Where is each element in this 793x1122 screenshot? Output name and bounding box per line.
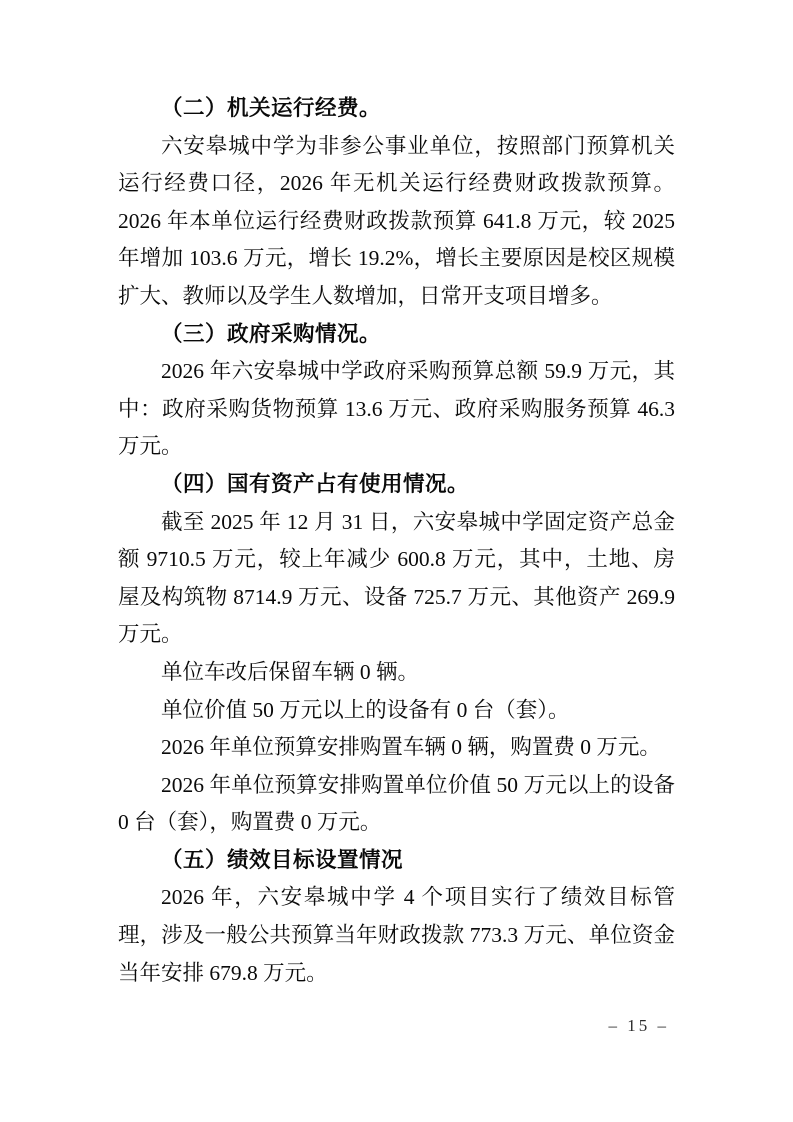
- paragraph-equipment-purchase-budget: 2026 年单位预算安排购置单位价值 50 万元以上的设备 0 台（套），购置费…: [118, 767, 675, 842]
- page-number: – 15 –: [609, 1012, 670, 1040]
- section-heading-agency-operating-expenses: （二）机关运行经费。: [118, 90, 675, 128]
- document-page: （二）机关运行经费。 六安皋城中学为非参公事业单位，按照部门预算机关运行经费口径…: [0, 0, 793, 1122]
- document-body: （二）机关运行经费。 六安皋城中学为非参公事业单位，按照部门预算机关运行经费口径…: [118, 90, 675, 992]
- section-heading-government-procurement: （三）政府采购情况。: [118, 316, 675, 354]
- paragraph-vehicle-purchase-budget: 2026 年单位预算安排购置车辆 0 辆，购置费 0 万元。: [118, 729, 675, 767]
- paragraph-performance-targets: 2026 年，六安皋城中学 4 个项目实行了绩效目标管理，涉及一般公共预算当年财…: [118, 879, 675, 992]
- section-heading-state-owned-assets: （四）国有资产占有使用情况。: [118, 466, 675, 504]
- paragraph-fixed-assets-total: 截至 2025 年 12 月 31 日，六安皋城中学固定资产总金额 9710.5…: [118, 504, 675, 654]
- paragraph-equipment-over-500k: 单位价值 50 万元以上的设备有 0 台（套）。: [118, 692, 675, 730]
- paragraph-agency-operating-expenses: 六安皋城中学为非参公事业单位，按照部门预算机关运行经费口径，2026 年无机关运…: [118, 128, 675, 316]
- paragraph-retained-vehicles: 单位车改后保留车辆 0 辆。: [118, 654, 675, 692]
- section-heading-performance-targets: （五）绩效目标设置情况: [118, 842, 675, 880]
- paragraph-government-procurement: 2026 年六安皋城中学政府采购预算总额 59.9 万元，其中：政府采购货物预算…: [118, 353, 675, 466]
